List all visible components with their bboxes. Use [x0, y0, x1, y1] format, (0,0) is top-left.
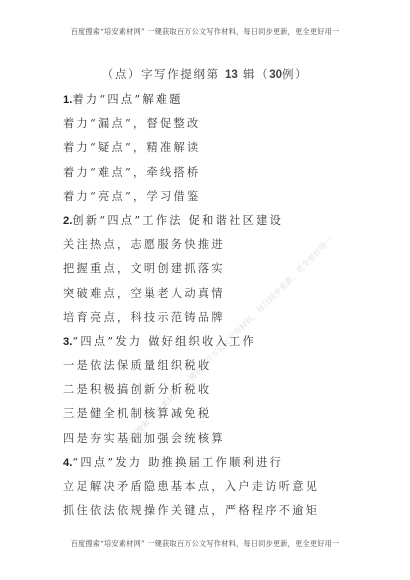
section-heading-text: “四点”发力 做好组织收入工作	[72, 335, 256, 348]
list-item: 着力“亮点”，学习借鉴	[63, 185, 383, 209]
list-item: 培育亮点，科技示范铸品牌	[63, 306, 383, 330]
list-item: 着力“难点”，牵线搭桥	[63, 161, 383, 185]
header-banner: 百度搜索“培安素材网” 一键获取百万公文写作材料，每日同步更新，更全更好用一	[0, 27, 410, 37]
title-mid: 辑（	[243, 67, 269, 81]
footer-banner: 百度搜索“培安素材网” 一键获取百万公文写作材料，每日同步更新，更全更好用一	[0, 539, 410, 549]
list-item: 着力“漏点”，督促整改	[63, 112, 383, 136]
list-item: 一是依法保质量组织税收	[63, 354, 383, 378]
list-item: 抓住依法依规操作关键点，严格程序不逾矩	[63, 499, 383, 523]
section-heading: 2.创新“四点”工作法 促和谐社区建设	[63, 209, 383, 233]
section-heading-text: 创新“四点”工作法 促和谐社区建设	[72, 214, 283, 227]
list-item: 着力“疑点”，精准解读	[63, 136, 383, 160]
section-index: 3.	[63, 336, 72, 348]
list-item: 把握重点，文明创建抓落实	[63, 257, 383, 281]
list-item: 突破难点，空巢老人动真情	[63, 282, 383, 306]
list-item: 关注热点，志愿服务快推进	[63, 233, 383, 257]
list-item: 立足解决矛盾隐患基本点，入户走访听意见	[63, 475, 383, 499]
title-count: 30	[269, 69, 282, 81]
document-body: 1.着力“四点”解难题 着力“漏点”，督促整改 着力“疑点”，精准解读 着力“难…	[63, 88, 383, 523]
title-prefix: （点）字写作提纲第	[102, 67, 220, 81]
list-item: 二是积极搞创新分析税收	[63, 378, 383, 402]
list-item: 四是夯实基础加强会统核算	[63, 427, 383, 451]
list-item: 三是健全机制核算减免税	[63, 402, 383, 426]
section-index: 1.	[63, 94, 72, 106]
title-suffix: 例）	[282, 67, 308, 81]
section-heading: 3.“四点”发力 做好组织收入工作	[63, 330, 383, 354]
section-index: 2.	[63, 215, 72, 227]
document-title: （点）字写作提纲第 13 辑（30例）	[0, 66, 410, 82]
section-heading: 4.“四点”发力 助推换届工作顺利进行	[63, 451, 383, 475]
section-heading: 1.着力“四点”解难题	[63, 88, 383, 112]
section-heading-text: 着力“四点”解难题	[72, 93, 182, 106]
section-index: 4.	[63, 457, 72, 469]
title-number: 13	[225, 69, 238, 81]
section-heading-text: “四点”发力 助推换届工作顺利进行	[72, 456, 283, 469]
